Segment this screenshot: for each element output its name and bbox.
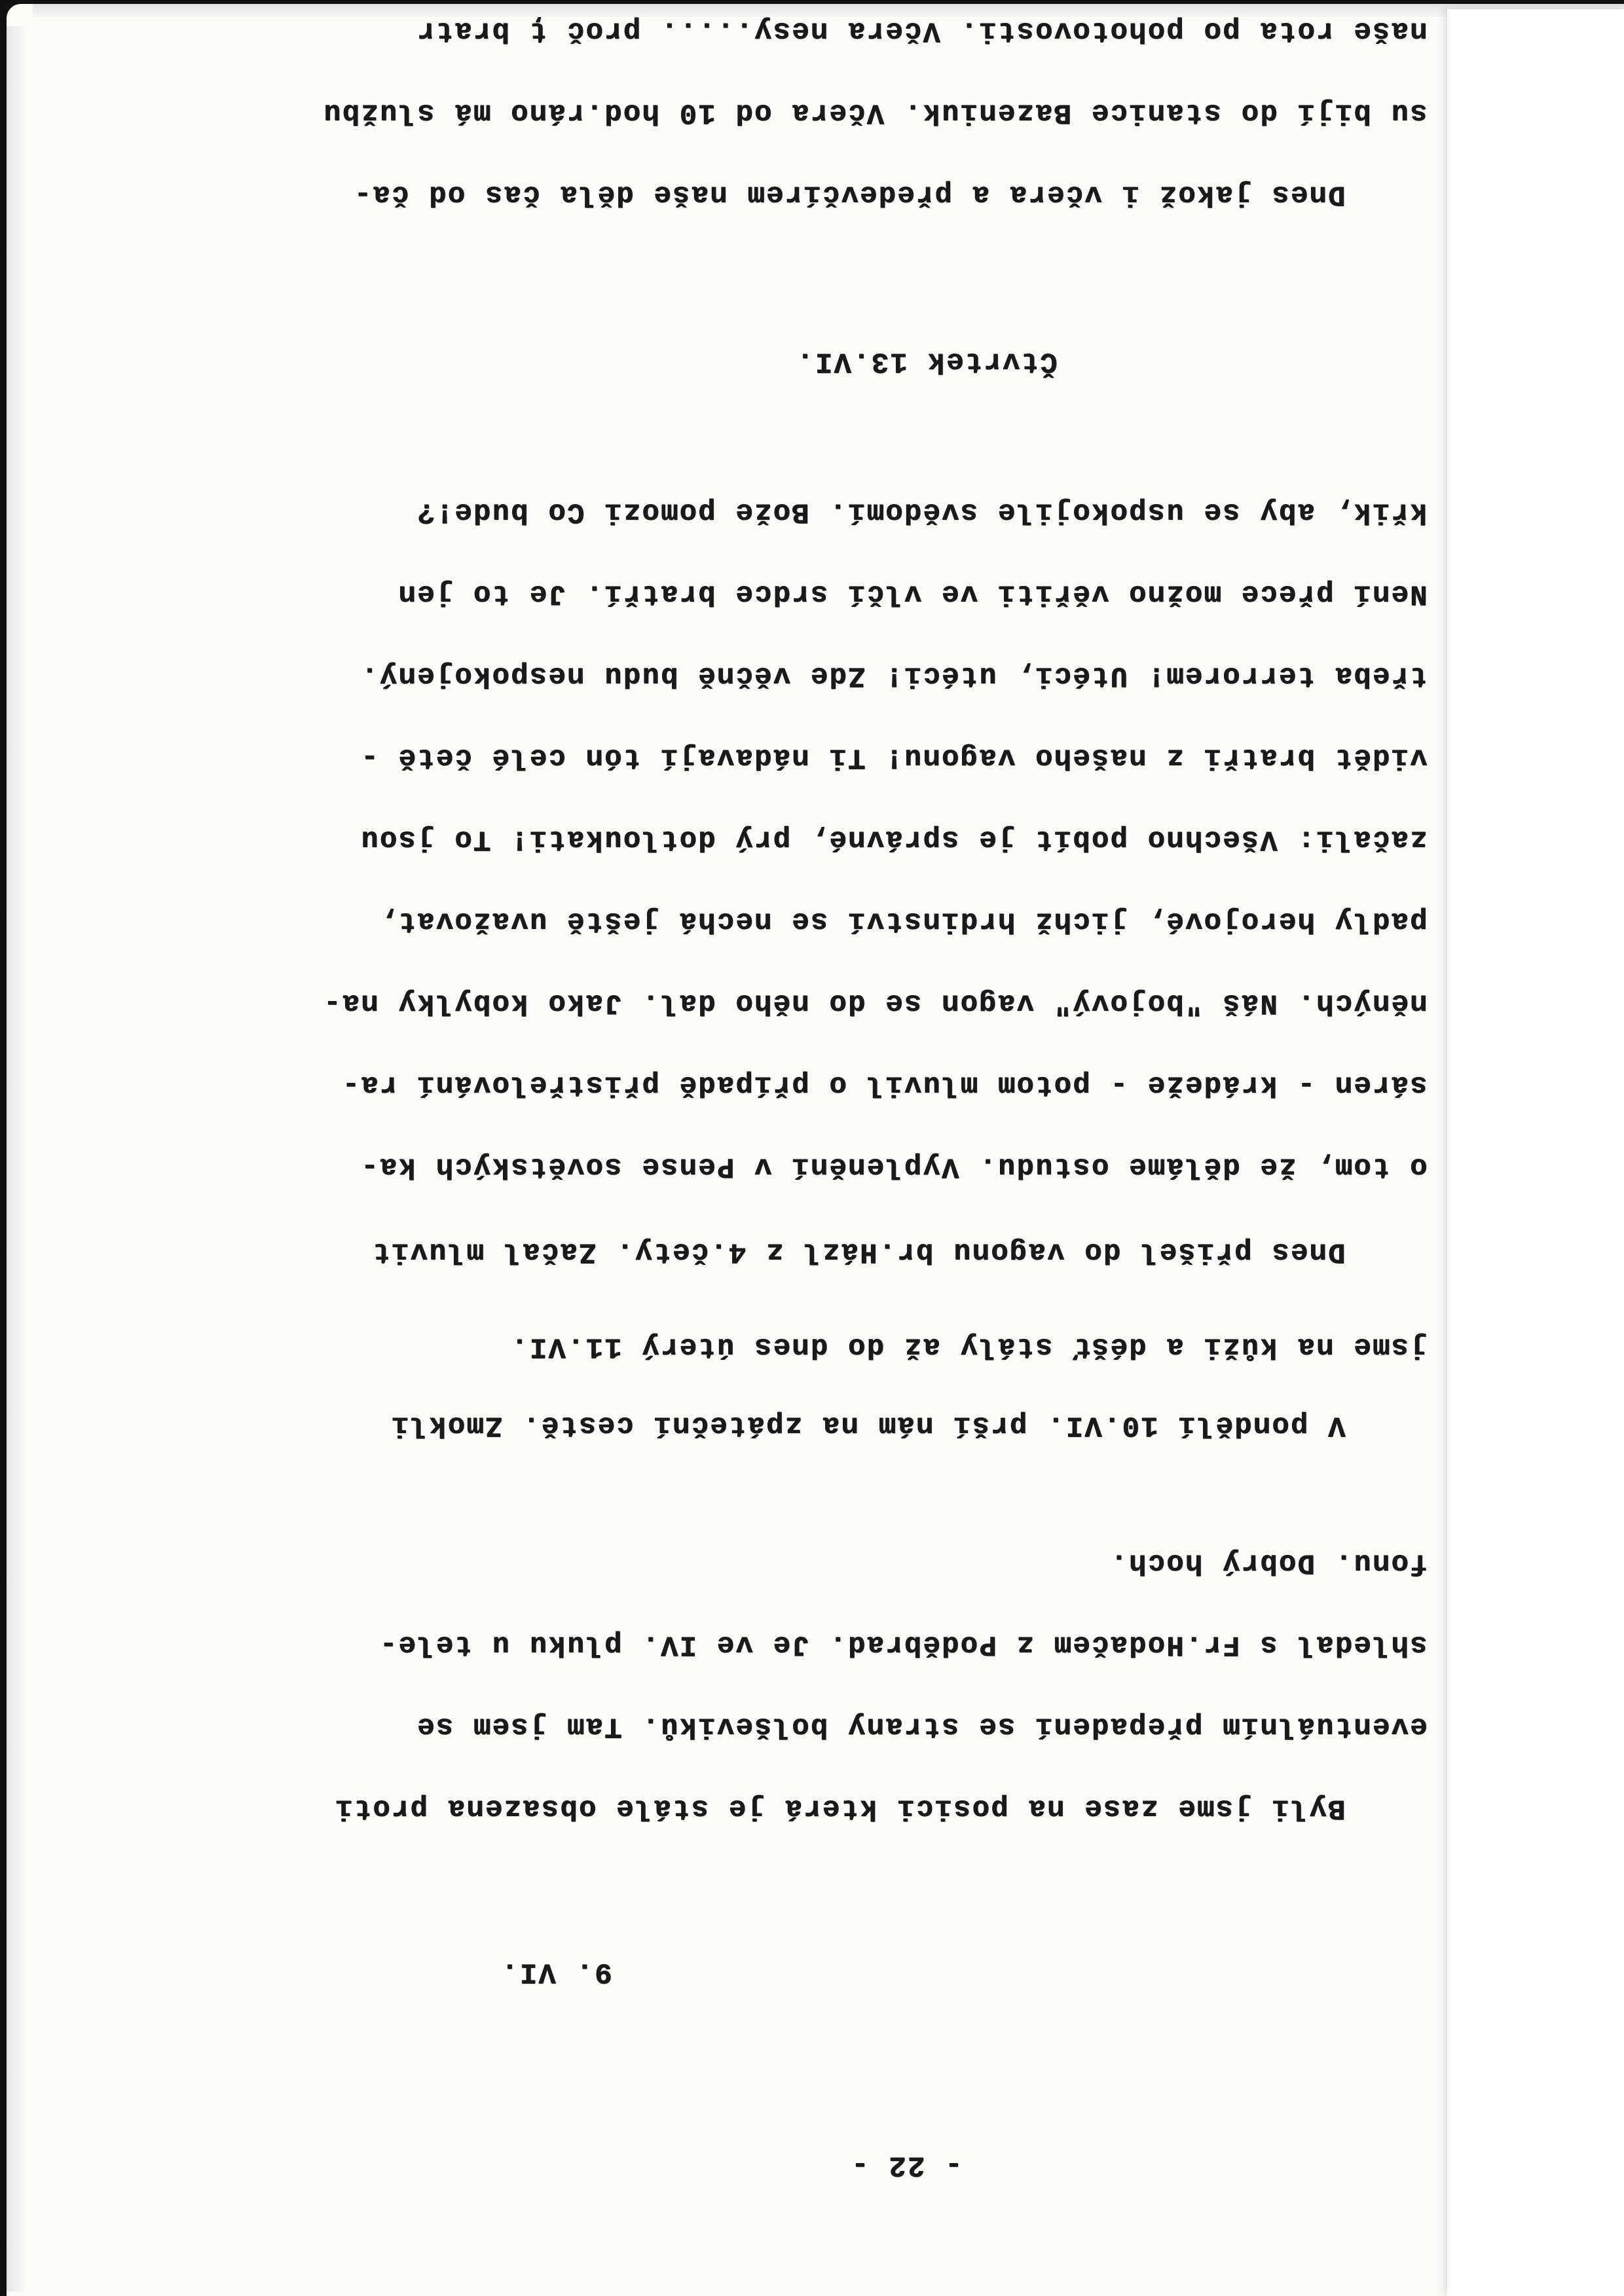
text-line: Není přece možno věřiti ve vlčí srdce br…: [397, 577, 1428, 610]
text-line: vidět bratři z našeho vagonu! Ti nádavaj…: [360, 741, 1428, 774]
text-line: su bijí do stanice Bazeniuk. Včera od 10…: [322, 96, 1428, 129]
text-line: něných. Náš "bojový" vagon se do něho da…: [322, 987, 1428, 1019]
text-line: křik, aby se uspokojile svědomí. Bože po…: [416, 496, 1428, 528]
date-heading: Čtvrtek 13.VI.: [796, 345, 1058, 378]
text-line: shledal s Fr.Hodačem z Poděbrad. Je ve I…: [378, 1628, 1428, 1661]
text-line: V pondělí 10.VI. prší nám na zpáteční ce…: [390, 1409, 1346, 1442]
page-number: - 22 -: [850, 2149, 963, 2181]
text-line: padly herojové, jichž hrdinství se nechá…: [378, 905, 1428, 938]
text-line: eventuálním přepadení se strany bolševik…: [416, 1710, 1428, 1743]
text-line: fonu. Dobrý hoch.: [1109, 1546, 1428, 1579]
text-line: jsme na kůži a déšť stály až do dnes úte…: [509, 1330, 1428, 1363]
text-line: naše rota po pohotovosti. Včera nesy....…: [416, 14, 1428, 47]
text-line: sáren - krádeže - potom mluvil o případě…: [341, 1068, 1428, 1101]
text-line: Byli jsme zase na posici která je stále …: [334, 1792, 1346, 1825]
text-line: třeba terrorem! Utéci, utéci! Zde věčně …: [360, 659, 1428, 692]
text-line: začali: Všechno pobít je správné, prý do…: [360, 823, 1428, 856]
date-heading: 9. VI.: [500, 1956, 612, 1988]
text-line: Dnes přišel do vagonu br.Házl z 4.čety. …: [372, 1235, 1346, 1268]
text-line: o tom, že děláme ostudu. Vyplenění v Pen…: [360, 1150, 1428, 1183]
typed-page: - 22 - 9. VI. Byli jsme zase na posici k…: [0, 0, 1624, 2296]
text-line: Dnes jakož i včera a předevčírem naše dě…: [353, 178, 1346, 211]
